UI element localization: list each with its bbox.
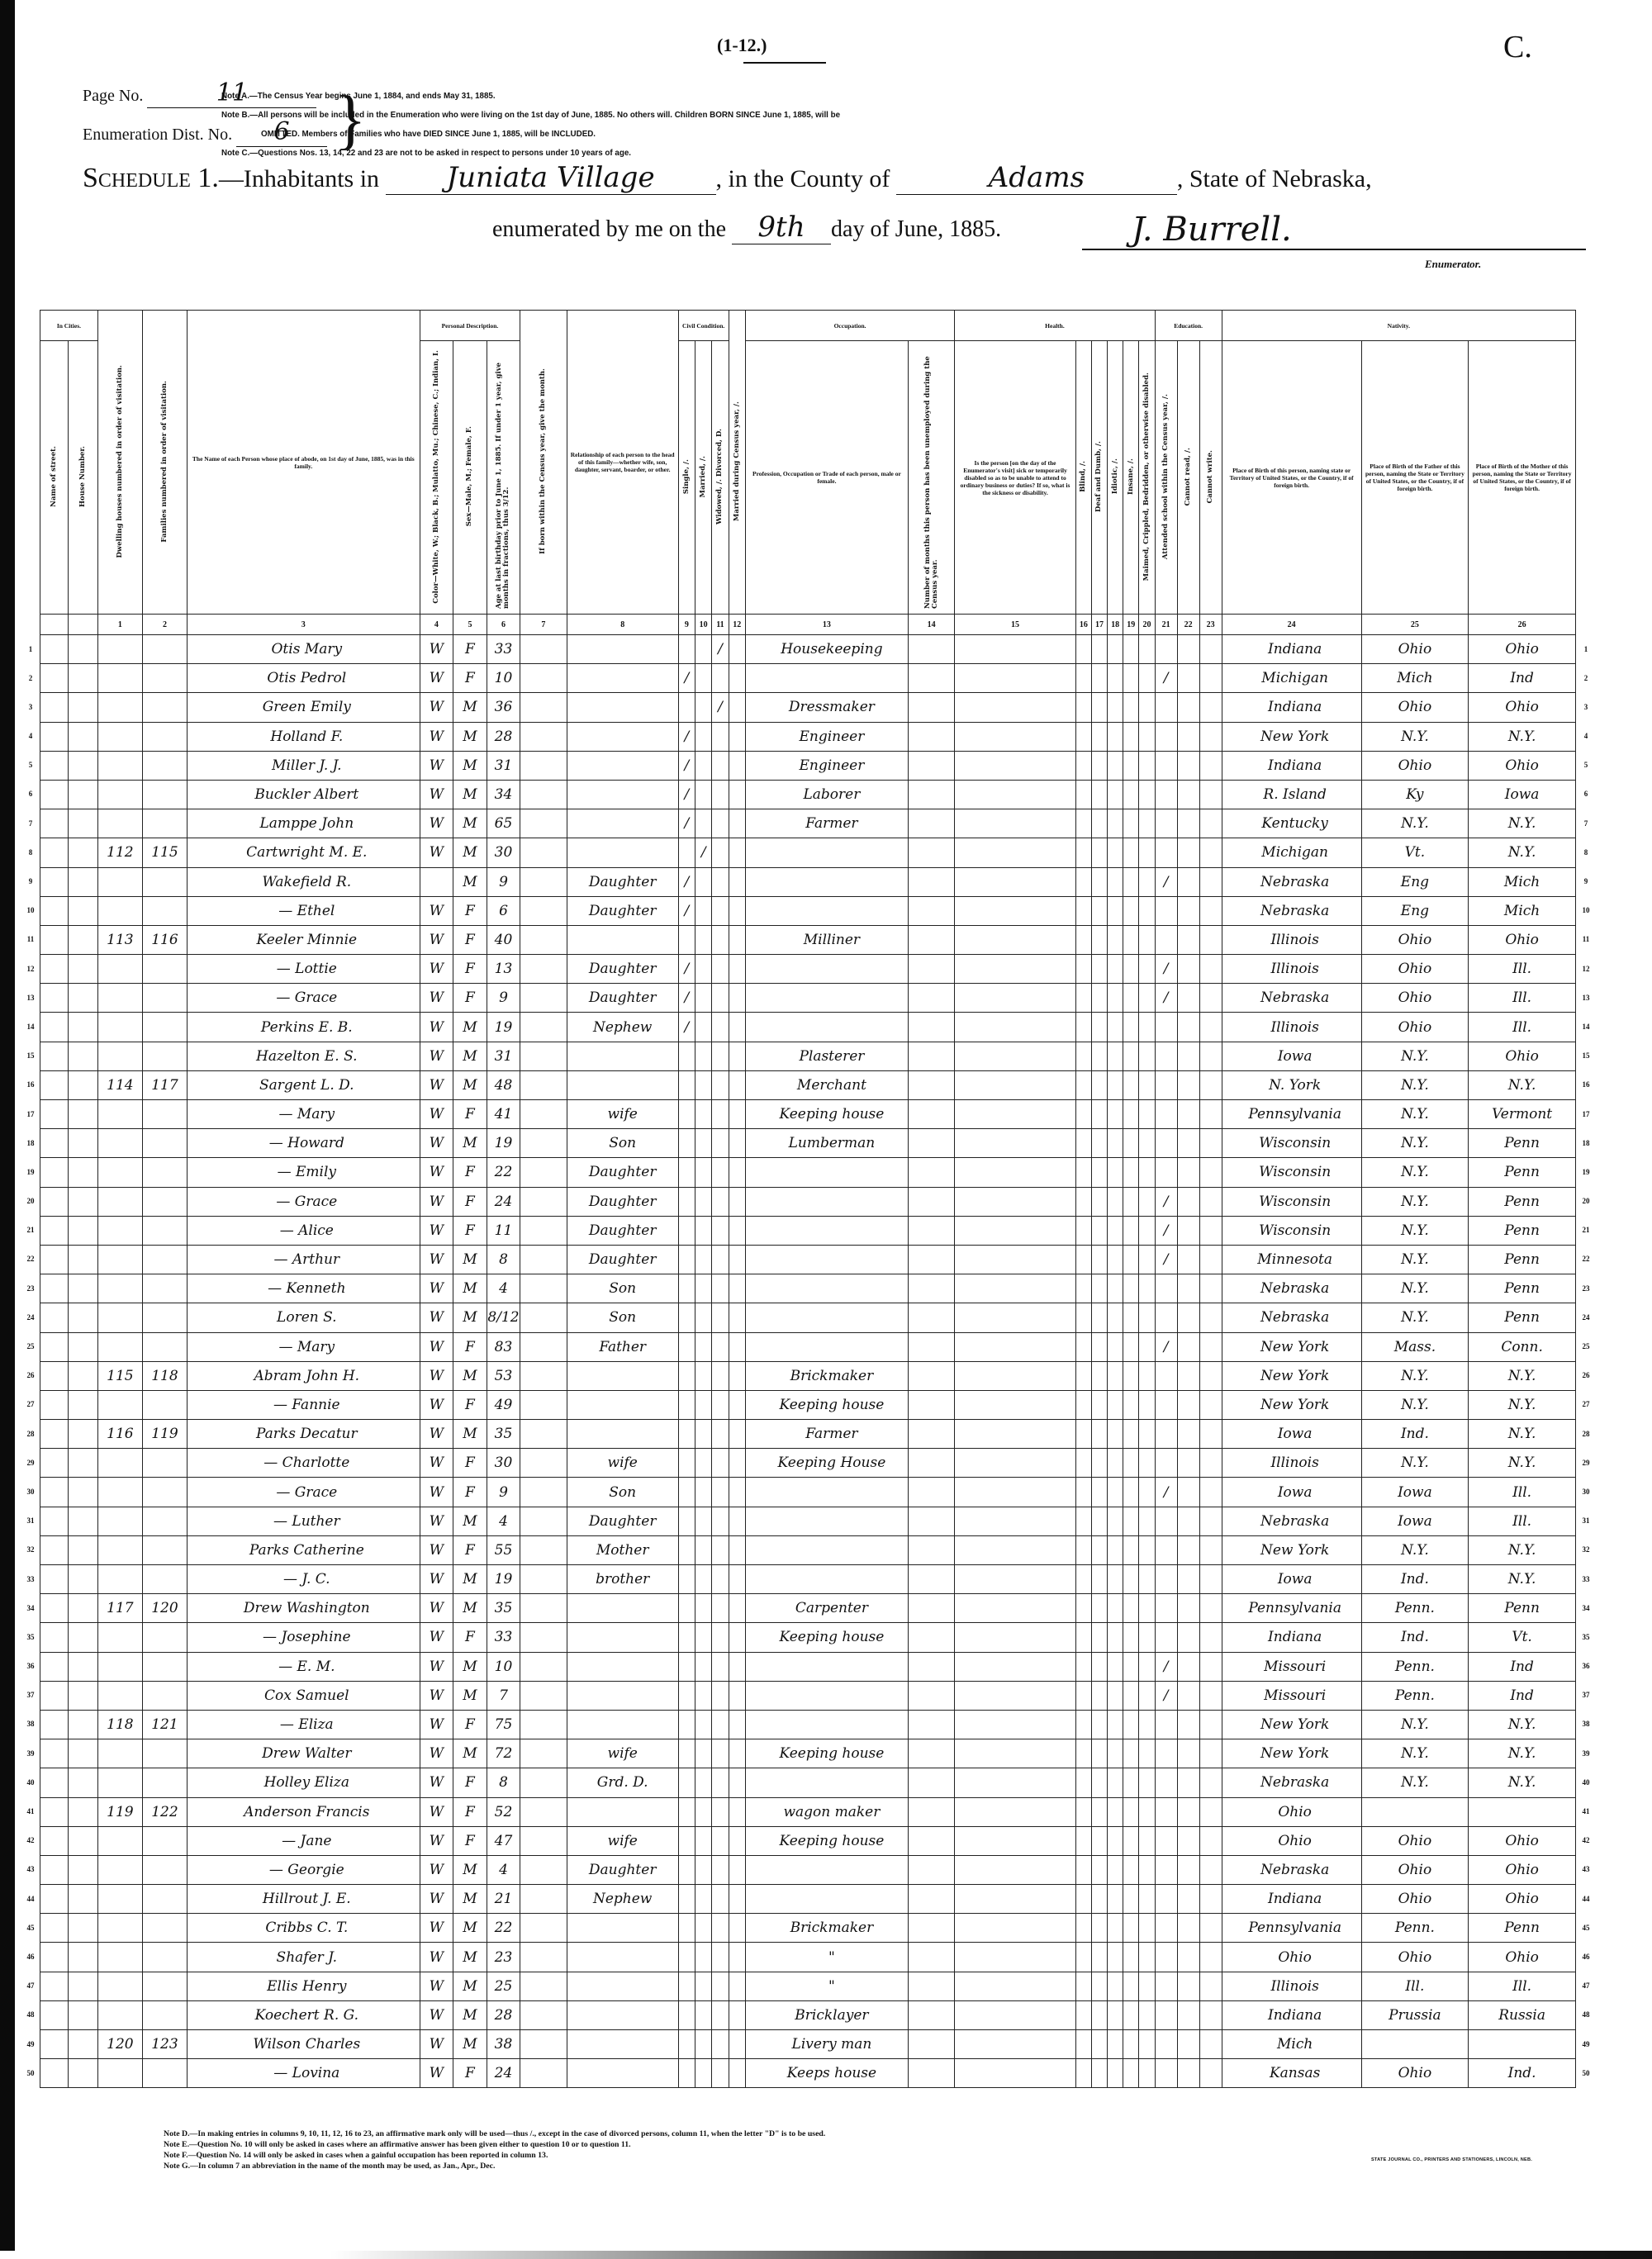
cell-relationship	[567, 722, 678, 751]
cell-widowed	[712, 1274, 729, 1303]
cell-blind	[1075, 1594, 1091, 1623]
cell-age: 6	[487, 896, 520, 925]
cell-deaf	[1091, 1361, 1107, 1390]
cell-school	[1155, 1710, 1177, 1739]
cell-deaf	[1091, 1507, 1107, 1535]
cell-occupation	[745, 1013, 908, 1042]
cell-occupation: Keeping house	[745, 1623, 908, 1652]
cell-name: — Georgie	[187, 1855, 420, 1884]
cell-relationship	[567, 1390, 678, 1419]
cell-maimed	[1139, 1187, 1155, 1216]
enumerator-signature: J. Burrell.	[1082, 211, 1586, 250]
cell-mother-birthplace: Ind.	[1469, 2059, 1576, 2088]
cell-married	[695, 1943, 712, 1972]
cell-dwelling	[97, 1768, 142, 1797]
cell-color: W	[420, 838, 453, 867]
column-number	[40, 615, 69, 635]
cell-born-month	[520, 1303, 567, 1332]
cell-color: W	[420, 780, 453, 809]
cell-mother-birthplace: Penn	[1469, 1216, 1576, 1245]
cell-birthplace: Pennsylvania	[1222, 1914, 1361, 1943]
cell-insane	[1123, 1216, 1139, 1245]
cell-married	[695, 925, 712, 954]
cell-father-birthplace: Ind.	[1361, 1565, 1469, 1594]
cell-blind	[1075, 1390, 1091, 1419]
cell-school	[1155, 1303, 1177, 1332]
cell-cannot-read	[1177, 1972, 1199, 2000]
cell-married-year	[729, 896, 745, 925]
cell-single	[678, 1187, 695, 1216]
cell-deaf	[1091, 1652, 1107, 1681]
cell-street	[40, 2000, 69, 2029]
cell-occupation: Keeping house	[745, 1739, 908, 1768]
cell-house	[68, 1623, 97, 1652]
cell-born-month	[520, 664, 567, 693]
cell-deaf	[1091, 1420, 1107, 1449]
cell-unemployed	[908, 1535, 954, 1564]
cell-cannot-read	[1177, 1129, 1199, 1158]
cell-occupation: Brickmaker	[745, 1361, 908, 1390]
cell-school	[1155, 1565, 1177, 1594]
cell-deaf	[1091, 984, 1107, 1013]
line-number: 23	[23, 1274, 38, 1303]
cell-house	[68, 1449, 97, 1478]
cell-father-birthplace: Penn.	[1361, 1652, 1469, 1681]
line-number: 31	[1578, 1507, 1594, 1535]
cell-color: W	[420, 2000, 453, 2029]
cell-name: Wilson Charles	[187, 2030, 420, 2059]
cell-born-month	[520, 693, 567, 722]
cell-widowed	[712, 2059, 729, 2088]
cell-unemployed	[908, 1681, 954, 1710]
line-number: 26	[23, 1361, 38, 1390]
cell-mother-birthplace: Penn	[1469, 1274, 1576, 1303]
cell-idiotic	[1108, 867, 1123, 896]
cell-widowed	[712, 1478, 729, 1507]
cell-maimed	[1139, 1100, 1155, 1129]
cell-occupation: Lumberman	[745, 1129, 908, 1158]
cell-married-year	[729, 2059, 745, 2088]
cell-occupation: Keeping house	[745, 1390, 908, 1419]
cell-deaf	[1091, 1710, 1107, 1739]
cell-color: W	[420, 1943, 453, 1972]
cell-born-month	[520, 1972, 567, 2000]
cell-mother-birthplace: Penn	[1469, 1129, 1576, 1158]
cell-married-year	[729, 1187, 745, 1216]
cell-relationship: wife	[567, 1449, 678, 1478]
cell-cannot-read	[1177, 1332, 1199, 1361]
table-row: Holley ElizaWF8Grd. D.NebraskaN.Y.N.Y.	[40, 1768, 1576, 1797]
line-number: 48	[1578, 2000, 1594, 2029]
cell-deaf	[1091, 722, 1107, 751]
cell-cannot-write	[1199, 1623, 1222, 1652]
cell-married	[695, 1100, 712, 1129]
cell-insane	[1123, 1507, 1139, 1535]
cell-name: — Grace	[187, 1187, 420, 1216]
cell-cannot-write	[1199, 1797, 1222, 1826]
cell-birthplace: New York	[1222, 1535, 1361, 1564]
cell-occupation	[745, 1478, 908, 1507]
cell-sickness	[955, 664, 1075, 693]
cell-sickness	[955, 1594, 1075, 1623]
cell-born-month	[520, 1361, 567, 1390]
cell-dwelling	[97, 1013, 142, 1042]
table-row: — MaryWF41wifeKeeping housePennsylvaniaN…	[40, 1100, 1576, 1129]
cell-house	[68, 1303, 97, 1332]
table-row: Otis PedrolWF10//MichiganMichInd	[40, 664, 1576, 693]
cell-cannot-read	[1177, 1216, 1199, 1245]
line-number: 47	[23, 1972, 38, 2000]
cell-father-birthplace: N.Y.	[1361, 1535, 1469, 1564]
cell-relationship	[567, 664, 678, 693]
cell-color: W	[420, 635, 453, 664]
column-number: 21	[1155, 615, 1177, 635]
cell-born-month	[520, 1739, 567, 1768]
cell-color: W	[420, 1681, 453, 1710]
table-row: — J. C.WM19brotherIowaInd.N.Y.	[40, 1565, 1576, 1594]
cell-idiotic	[1108, 1187, 1123, 1216]
cell-idiotic	[1108, 2030, 1123, 2059]
cell-family	[142, 1390, 187, 1419]
cell-house	[68, 1943, 97, 1972]
cell-occupation	[745, 1565, 908, 1594]
cell-married-year	[729, 1885, 745, 1914]
line-number: 40	[1578, 1768, 1594, 1797]
cell-sex: F	[453, 896, 487, 925]
cell-street	[40, 2030, 69, 2059]
cell-name: Wakefield R.	[187, 867, 420, 896]
cell-occupation	[745, 1245, 908, 1274]
table-row: — MaryWF83Father/New YorkMass.Conn.	[40, 1332, 1576, 1361]
cell-school	[1155, 1739, 1177, 1768]
cell-house	[68, 1797, 97, 1826]
cell-cannot-read	[1177, 1914, 1199, 1943]
cell-sex: M	[453, 1013, 487, 1042]
cell-sickness	[955, 1245, 1075, 1274]
cell-school	[1155, 2000, 1177, 2029]
cell-school: /	[1155, 1681, 1177, 1710]
cell-unemployed	[908, 1507, 954, 1535]
cell-dwelling	[97, 1245, 142, 1274]
cell-cannot-write	[1199, 1274, 1222, 1303]
cell-cannot-write	[1199, 1535, 1222, 1564]
cell-maimed	[1139, 1129, 1155, 1158]
cell-cannot-read	[1177, 2000, 1199, 2029]
cell-sickness	[955, 1187, 1075, 1216]
cell-idiotic	[1108, 1274, 1123, 1303]
cell-house	[68, 1885, 97, 1914]
cell-maimed	[1139, 1070, 1155, 1099]
cell-name: Cox Samuel	[187, 1681, 420, 1710]
cell-father-birthplace: N.Y.	[1361, 1100, 1469, 1129]
cell-unemployed	[908, 1739, 954, 1768]
cell-insane	[1123, 1042, 1139, 1070]
line-number: 22	[1578, 1245, 1594, 1274]
cell-relationship	[567, 2000, 678, 2029]
cell-school	[1155, 1042, 1177, 1070]
cell-age: 33	[487, 1623, 520, 1652]
cell-insane	[1123, 1187, 1139, 1216]
group-personal: Personal Description.	[420, 311, 520, 341]
cell-born-month	[520, 1274, 567, 1303]
cell-insane	[1123, 1361, 1139, 1390]
cell-street	[40, 1245, 69, 1274]
cell-maimed	[1139, 751, 1155, 780]
cell-single: /	[678, 984, 695, 1013]
cell-relationship: Father	[567, 1332, 678, 1361]
cell-family: 123	[142, 2030, 187, 2059]
cell-family	[142, 1332, 187, 1361]
table-row: — GeorgieWM4DaughterNebraskaOhioOhio	[40, 1855, 1576, 1884]
cell-married-year	[729, 1972, 745, 2000]
place-value: Juniata Village	[386, 161, 716, 195]
cell-unemployed	[908, 722, 954, 751]
cell-father-birthplace: Ohio	[1361, 1826, 1469, 1855]
cell-sex: F	[453, 635, 487, 664]
cell-street	[40, 1594, 69, 1623]
cell-widowed	[712, 1768, 729, 1797]
cell-age: 19	[487, 1565, 520, 1594]
cell-deaf	[1091, 1943, 1107, 1972]
cell-maimed	[1139, 1158, 1155, 1187]
cell-maimed	[1139, 1535, 1155, 1564]
cell-insane	[1123, 1652, 1139, 1681]
cell-blind	[1075, 1768, 1091, 1797]
cell-cannot-read	[1177, 1855, 1199, 1884]
cell-cannot-write	[1199, 1449, 1222, 1478]
cell-blind	[1075, 1710, 1091, 1739]
cell-street	[40, 1768, 69, 1797]
cell-single	[678, 1855, 695, 1884]
cell-born-month	[520, 1797, 567, 1826]
cell-family	[142, 2000, 187, 2029]
cell-name: Parks Catherine	[187, 1535, 420, 1564]
cell-cannot-write	[1199, 896, 1222, 925]
cell-color: W	[420, 1826, 453, 1855]
cell-single	[678, 1507, 695, 1535]
cell-idiotic	[1108, 664, 1123, 693]
cell-sickness	[955, 1652, 1075, 1681]
cell-sex: M	[453, 1361, 487, 1390]
cell-birthplace: Missouri	[1222, 1681, 1361, 1710]
cell-cannot-write	[1199, 1361, 1222, 1390]
table-row: 118121— ElizaWF75New YorkN.Y.N.Y.	[40, 1710, 1576, 1739]
cell-unemployed	[908, 955, 954, 984]
cell-father-birthplace: Ohio	[1361, 693, 1469, 722]
cell-unemployed	[908, 780, 954, 809]
cell-idiotic	[1108, 1681, 1123, 1710]
cell-insane	[1123, 1768, 1139, 1797]
cell-widowed	[712, 1710, 729, 1739]
cell-age: 9	[487, 984, 520, 1013]
cell-sickness	[955, 1565, 1075, 1594]
cell-occupation: Brickmaker	[745, 1914, 908, 1943]
cell-idiotic	[1108, 1943, 1123, 1972]
table-row: — LottieWF13Daughter//IllinoisOhioIll.	[40, 955, 1576, 984]
note-g: Note G.—In column 7 an abbreviation in t…	[164, 2161, 1403, 2171]
cell-single	[678, 693, 695, 722]
cell-unemployed	[908, 1361, 954, 1390]
column-number: 8	[567, 615, 678, 635]
cell-single: /	[678, 664, 695, 693]
cell-house	[68, 1332, 97, 1361]
cell-occupation	[745, 664, 908, 693]
cell-house	[68, 722, 97, 751]
cell-relationship	[567, 1070, 678, 1099]
table-row: — CharlotteWF30wifeKeeping HouseIllinois…	[40, 1449, 1576, 1478]
cell-idiotic	[1108, 955, 1123, 984]
cell-idiotic	[1108, 1100, 1123, 1129]
cell-color: W	[420, 896, 453, 925]
cell-name: — Howard	[187, 1129, 420, 1158]
cell-family	[142, 1100, 187, 1129]
cell-name: — Mary	[187, 1332, 420, 1361]
cell-mother-birthplace: N.Y.	[1469, 1361, 1576, 1390]
cell-birthplace: Illinois	[1222, 1449, 1361, 1478]
cell-school	[1155, 1070, 1177, 1099]
table-row: — EmilyWF22DaughterWisconsinN.Y.Penn	[40, 1158, 1576, 1187]
cell-mother-birthplace: Ind	[1469, 664, 1576, 693]
cell-sickness	[955, 1826, 1075, 1855]
cell-unemployed	[908, 1826, 954, 1855]
cell-insane	[1123, 693, 1139, 722]
cell-single	[678, 1565, 695, 1594]
cell-insane	[1123, 896, 1139, 925]
cell-widowed	[712, 1013, 729, 1042]
cell-born-month	[520, 1914, 567, 1943]
cell-sex: F	[453, 1710, 487, 1739]
line-number: 39	[1578, 1739, 1594, 1768]
cell-relationship: wife	[567, 1100, 678, 1129]
cell-born-month	[520, 2059, 567, 2088]
cell-occupation	[745, 1332, 908, 1361]
cell-street	[40, 1797, 69, 1826]
cell-relationship	[567, 1710, 678, 1739]
cell-color: W	[420, 1914, 453, 1943]
cell-relationship: Nephew	[567, 1013, 678, 1042]
cell-sex: M	[453, 1943, 487, 1972]
line-number: 12	[23, 955, 38, 984]
cell-occupation: Milliner	[745, 925, 908, 954]
cell-idiotic	[1108, 1303, 1123, 1332]
cell-school	[1155, 1535, 1177, 1564]
cell-deaf	[1091, 1478, 1107, 1507]
cell-sickness	[955, 1623, 1075, 1652]
cell-house	[68, 635, 97, 664]
line-number: 5	[23, 751, 38, 780]
cell-widowed	[712, 1885, 729, 1914]
line-number: 3	[23, 693, 38, 722]
cell-dwelling	[97, 1129, 142, 1158]
cell-married	[695, 1042, 712, 1070]
cell-street	[40, 1013, 69, 1042]
line-number: 47	[1578, 1972, 1594, 2000]
group-civil: Civil Condition.	[678, 311, 729, 341]
column-number-row: 1234567891011121314151617181920212223242…	[40, 615, 1576, 635]
cell-sex: M	[453, 809, 487, 838]
cell-deaf	[1091, 1565, 1107, 1594]
cell-sickness	[955, 955, 1075, 984]
cell-school	[1155, 1768, 1177, 1797]
cell-sickness	[955, 751, 1075, 780]
cell-birthplace: R. Island	[1222, 780, 1361, 809]
cell-maimed	[1139, 896, 1155, 925]
cell-sickness	[955, 1013, 1075, 1042]
cell-house	[68, 1594, 97, 1623]
cell-cannot-read	[1177, 1594, 1199, 1623]
line-number: 16	[1578, 1070, 1594, 1099]
cell-idiotic	[1108, 1216, 1123, 1245]
cell-born-month	[520, 1332, 567, 1361]
cell-married	[695, 1594, 712, 1623]
cell-color: W	[420, 1187, 453, 1216]
cell-idiotic	[1108, 896, 1123, 925]
column-number: 25	[1361, 615, 1469, 635]
cell-idiotic	[1108, 1768, 1123, 1797]
cell-married-year	[729, 1652, 745, 1681]
cell-insane	[1123, 1158, 1139, 1187]
cell-mother-birthplace: N.Y.	[1469, 1768, 1576, 1797]
cell-married	[695, 1565, 712, 1594]
cell-dwelling	[97, 751, 142, 780]
cell-house	[68, 1478, 97, 1507]
cell-insane	[1123, 1681, 1139, 1710]
cell-widowed	[712, 1449, 729, 1478]
cell-street	[40, 1535, 69, 1564]
cell-maimed	[1139, 867, 1155, 896]
cell-relationship: Son	[567, 1303, 678, 1332]
cell-cannot-write	[1199, 925, 1222, 954]
cell-name: Anderson Francis	[187, 1797, 420, 1826]
cell-idiotic	[1108, 2059, 1123, 2088]
cell-idiotic	[1108, 722, 1123, 751]
cell-deaf	[1091, 1070, 1107, 1099]
cell-house	[68, 1100, 97, 1129]
cell-street	[40, 1100, 69, 1129]
table-row: Hazelton E. S.WM31PlastererIowaN.Y.Ohio	[40, 1042, 1576, 1070]
cell-widowed: /	[712, 635, 729, 664]
cell-blind	[1075, 1826, 1091, 1855]
cell-birthplace: Indiana	[1222, 2000, 1361, 2029]
cell-sickness	[955, 2059, 1075, 2088]
cell-unemployed	[908, 1158, 954, 1187]
cell-street	[40, 1826, 69, 1855]
cell-cannot-write	[1199, 1478, 1222, 1507]
group-occupation: Occupation.	[745, 311, 954, 341]
cell-family	[142, 955, 187, 984]
cell-born-month	[520, 1565, 567, 1594]
cell-age: 11	[487, 1216, 520, 1245]
cell-widowed	[712, 1303, 729, 1332]
cell-sickness	[955, 867, 1075, 896]
cell-family	[142, 722, 187, 751]
cell-color: W	[420, 1013, 453, 1042]
cell-occupation: Housekeeping	[745, 635, 908, 664]
cell-insane	[1123, 925, 1139, 954]
cell-insane	[1123, 1914, 1139, 1943]
cell-birthplace: New York	[1222, 722, 1361, 751]
cell-age: 19	[487, 1129, 520, 1158]
cell-school	[1155, 1826, 1177, 1855]
cell-blind	[1075, 809, 1091, 838]
cell-unemployed	[908, 1652, 954, 1681]
cell-unemployed	[908, 1216, 954, 1245]
cell-birthplace: Ohio	[1222, 1826, 1361, 1855]
cell-sex: F	[453, 1158, 487, 1187]
cell-street	[40, 1332, 69, 1361]
cell-cannot-read	[1177, 896, 1199, 925]
cell-blind	[1075, 1420, 1091, 1449]
